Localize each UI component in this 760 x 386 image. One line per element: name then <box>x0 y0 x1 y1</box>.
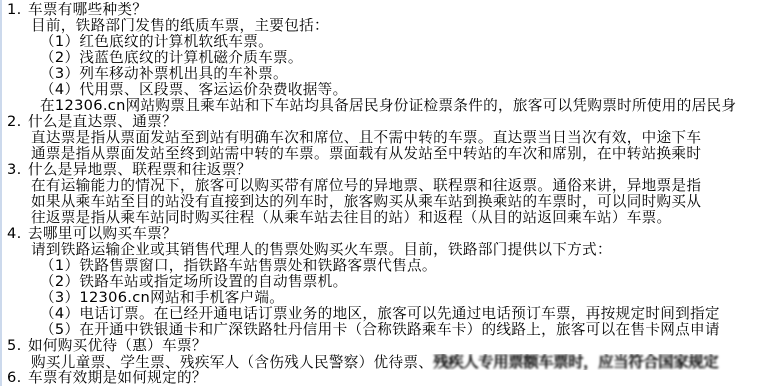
faq-line: 通票是指从票面发站至终到站需中转的车票。票面载有从发站至中转站的车次和席别，在中… <box>0 146 760 162</box>
list-number: 4. <box>7 226 22 242</box>
question-text: 车票有效期是如何规定的？ <box>28 370 207 386</box>
line-text: 往返票是指从乘车站同时购买往程（从乘车站去往目的站）和返程（从目的站返回乘车站）… <box>31 210 671 226</box>
line-text: 目前，铁路部门发售的纸质车票，主要包括： <box>31 18 329 34</box>
line-text: （3）12306.cn网站和手机客户端。 <box>40 290 284 306</box>
line-text: （2）浅蓝色底纹的计算机磁介质车票。 <box>40 50 303 66</box>
line-text: 通票是指从票面发站至终到站需中转的车票。票面载有从发站至中转站的车次和席别，在中… <box>31 146 701 162</box>
faq-subitem: （2）铁路车站或指定场所设置的自动售票机。 <box>0 274 760 290</box>
line-text: （4）代用票、区段票、客运运价杂费收据等。 <box>40 82 347 98</box>
question-text: 去哪里可以购买车票？ <box>28 226 177 242</box>
faq-subitem: （4）电话订票。在已经开通电话订票业务的地区，旅客可以先通过电话预订车票，再按规… <box>0 306 760 322</box>
faq-line: 在有运输能力的情况下，旅客可以购买带有席位号的异地票、联程票和往返票。通俗来讲，… <box>0 178 760 194</box>
faq-question-3: 3. 什么是异地票、联程票和往返票？ <box>0 162 760 178</box>
question-text: 什么是异地票、联程票和往返票？ <box>28 162 251 178</box>
faq-subitem: （4）代用票、区段票、客运运价杂费收据等。 <box>0 82 760 98</box>
faq-line-discount-tickets: 购买儿童票、学生票、残疾军人（含伤残人民警察）优待票、残疾人专用票额车票时，应当… <box>0 354 760 370</box>
faq-line: 目前，铁路部门发售的纸质车票，主要包括： <box>0 18 760 34</box>
faq-question-5: 5. 如何购买优待（惠）车票？ <box>0 338 760 354</box>
question-text: 车票有哪些种类？ <box>28 2 147 18</box>
list-number: 6. <box>7 370 22 386</box>
line-text: 在12306.cn网站购票且乘车站和下车站均具备居民身份证检票条件的，旅客可以凭… <box>40 98 736 114</box>
faq-question-2: 2. 什么是直达票、通票？ <box>0 114 760 130</box>
question-text: 如何购买优待（惠）车票？ <box>28 338 207 354</box>
faq-subitem: （1）铁路售票窗口，指铁路车站售票处和铁路客票代售点。 <box>0 258 760 274</box>
list-number: 1. <box>7 2 22 18</box>
faq-line: 请到铁路运输企业或其销售代理人的售票处购买火车票。目前，铁路部门提供以下方式： <box>0 242 760 258</box>
faq-subitem: （3）列车移动补票机出具的车补票。 <box>0 66 760 82</box>
list-number: 3. <box>7 162 22 178</box>
garbled-smeared-text: 残疾人专用票额车票时，应当符合国家规定 <box>433 354 718 370</box>
line-text: （1）铁路售票窗口，指铁路车站售票处和铁路客票代售点。 <box>40 258 437 274</box>
faq-subitem: （1）红色底纹的计算机软纸车票。 <box>0 34 760 50</box>
line-text: 在有运输能力的情况下，旅客可以购买带有席位号的异地票、联程票和往返票。通俗来讲，… <box>31 178 701 194</box>
line-text: 直达票是指从票面发站至到站有明确车次和席位、且不需中转的车票。直达票当日当次有效… <box>31 130 701 146</box>
list-number: 5. <box>7 338 22 354</box>
line-text: （3）列车移动补票机出具的车补票。 <box>40 66 288 82</box>
list-number: 2. <box>7 114 22 130</box>
line-text: 如果从乘车站至目的站没有直接到达的列车时，旅客购买从乘车站到换乘站的车票时，可以… <box>31 194 701 210</box>
faq-document: 1. 车票有哪些种类？ 目前，铁路部门发售的纸质车票，主要包括： （1）红色底纹… <box>0 0 760 386</box>
faq-line: 直达票是指从票面发站至到站有明确车次和席位、且不需中转的车票。直达票当日当次有效… <box>0 130 760 146</box>
faq-subitem: （3）12306.cn网站和手机客户端。 <box>0 290 760 306</box>
faq-question-1: 1. 车票有哪些种类？ <box>0 2 760 18</box>
line-text: 购买儿童票、学生票、残疾军人（含伤残人民警察）优待票、 <box>31 354 433 370</box>
faq-subitem: （2）浅蓝色底纹的计算机磁介质车票。 <box>0 50 760 66</box>
line-text: （5）在开通中铁银通卡和广深铁路牡丹信用卡（合称铁路乘车卡）的线路上，旅客可以在… <box>40 322 720 338</box>
faq-line: 往返票是指从乘车站同时购买往程（从乘车站去往目的站）和返程（从目的站返回乘车站）… <box>0 210 760 226</box>
faq-question-6: 6. 车票有效期是如何规定的？ <box>0 370 760 386</box>
line-text: 请到铁路运输企业或其销售代理人的售票处购买火车票。目前，铁路部门提供以下方式： <box>31 242 612 258</box>
line-text: （4）电话订票。在已经开通电话订票业务的地区，旅客可以先通过电话预订车票，再按规… <box>40 306 720 322</box>
faq-line: 如果从乘车站至目的站没有直接到达的列车时，旅客购买从乘车站到换乘站的车票时，可以… <box>0 194 760 210</box>
faq-question-4: 4. 去哪里可以购买车票？ <box>0 226 760 242</box>
faq-subitem: （5）在开通中铁银通卡和广深铁路牡丹信用卡（合称铁路乘车卡）的线路上，旅客可以在… <box>0 322 760 338</box>
line-text: （1）红色底纹的计算机软纸车票。 <box>40 34 273 50</box>
line-text: （2）铁路车站或指定场所设置的自动售票机。 <box>40 274 347 290</box>
question-text: 什么是直达票、通票？ <box>28 114 177 130</box>
faq-line-id-check-note: 在12306.cn网站购票且乘车站和下车站均具备居民身份证检票条件的，旅客可以凭… <box>0 98 760 114</box>
